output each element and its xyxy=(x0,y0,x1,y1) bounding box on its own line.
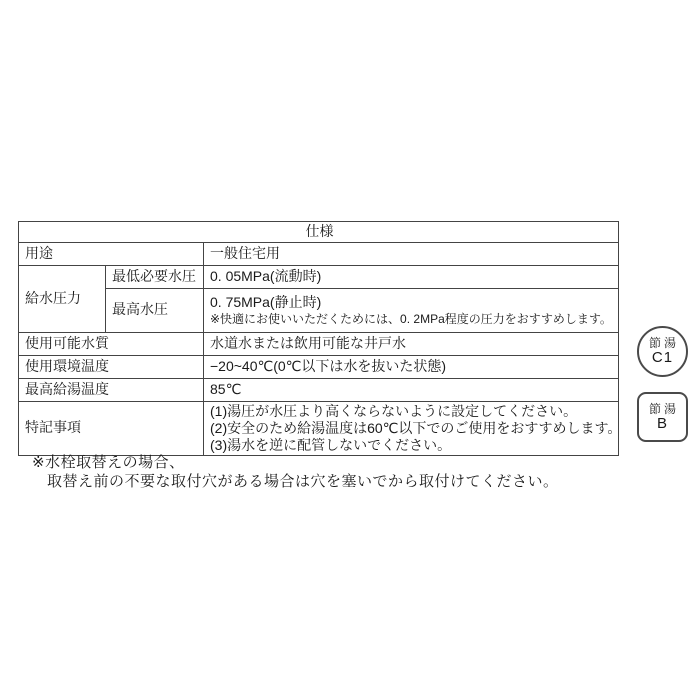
replacement-footnote: ※水栓取替えの場合、 取替え前の不要な取付穴がある場合は穴を塞いでから取付けてく… xyxy=(32,453,559,491)
special-notes-label: 特記事項 xyxy=(19,401,204,455)
max-hot-water-temp-label: 最高給湯温度 xyxy=(19,378,204,401)
ambient-temp-value: −20~40℃(0℃以下は水を抜いた状態) xyxy=(204,355,619,378)
table-row: 最高給湯温度 85℃ xyxy=(19,378,619,401)
table-row: 最高水圧 0. 75MPa(静止時) ※快適にお使いいただくためには、0. 2M… xyxy=(19,288,619,332)
spec-sheet-page: 仕様 用途 一般住宅用 給水圧力 最低必要水圧 0. 05MPa(流動時) 最高… xyxy=(0,0,700,700)
table-title: 仕様 xyxy=(19,222,619,243)
setsuyu-c1-badge: 節湯 C1 xyxy=(637,326,688,377)
setsuyu-c1-code: C1 xyxy=(652,350,673,366)
pressure-max-note: ※快適にお使いいただくためには、0. 2MPa程度の圧力をおすすめします。 xyxy=(210,311,614,327)
setsuyu-b-code: B xyxy=(657,416,668,432)
special-note-2: (2)安全のため給湯温度は60℃以下でのご使用をおすすめします。 xyxy=(210,420,614,437)
max-hot-water-temp-value: 85℃ xyxy=(204,378,619,401)
setsuyu-b-label: 節湯 xyxy=(646,403,679,416)
ambient-temp-label: 使用環境温度 xyxy=(19,355,204,378)
pressure-max-label: 最高水圧 xyxy=(106,288,204,332)
table-row: 使用可能水質 水道水または飲用可能な井戸水 xyxy=(19,332,619,355)
pressure-max-value: 0. 75MPa(静止時) xyxy=(210,294,614,311)
table-row: 使用環境温度 −20~40℃(0℃以下は水を抜いた状態) xyxy=(19,355,619,378)
pressure-min-label: 最低必要水圧 xyxy=(106,265,204,288)
special-note-3: (3)湯水を逆に配管しないでください。 xyxy=(210,437,614,454)
pressure-label: 給水圧力 xyxy=(19,265,106,332)
specification-table: 仕様 用途 一般住宅用 給水圧力 最低必要水圧 0. 05MPa(流動時) 最高… xyxy=(18,221,619,456)
special-note-1: (1)湯圧が水圧より高くならないように設定してください。 xyxy=(210,403,614,420)
table-row: 給水圧力 最低必要水圧 0. 05MPa(流動時) xyxy=(19,265,619,288)
table-header-row: 仕様 xyxy=(19,222,619,243)
usage-value: 一般住宅用 xyxy=(204,242,619,265)
usage-label: 用途 xyxy=(19,242,204,265)
table-row: 特記事項 (1)湯圧が水圧より高くならないように設定してください。 (2)安全の… xyxy=(19,401,619,455)
water-quality-value: 水道水または飲用可能な井戸水 xyxy=(204,332,619,355)
pressure-max-cell: 0. 75MPa(静止時) ※快適にお使いいただくためには、0. 2MPa程度の… xyxy=(204,288,619,332)
setsuyu-b-badge: 節湯 B xyxy=(637,392,688,442)
footnote-line-2: 取替え前の不要な取付穴がある場合は穴を塞いでから取付けてください。 xyxy=(32,472,559,491)
water-quality-label: 使用可能水質 xyxy=(19,332,204,355)
special-notes-cell: (1)湯圧が水圧より高くならないように設定してください。 (2)安全のため給湯温… xyxy=(204,401,619,455)
pressure-min-value: 0. 05MPa(流動時) xyxy=(204,265,619,288)
footnote-line-1: ※水栓取替えの場合、 xyxy=(32,453,559,472)
table-row: 用途 一般住宅用 xyxy=(19,242,619,265)
